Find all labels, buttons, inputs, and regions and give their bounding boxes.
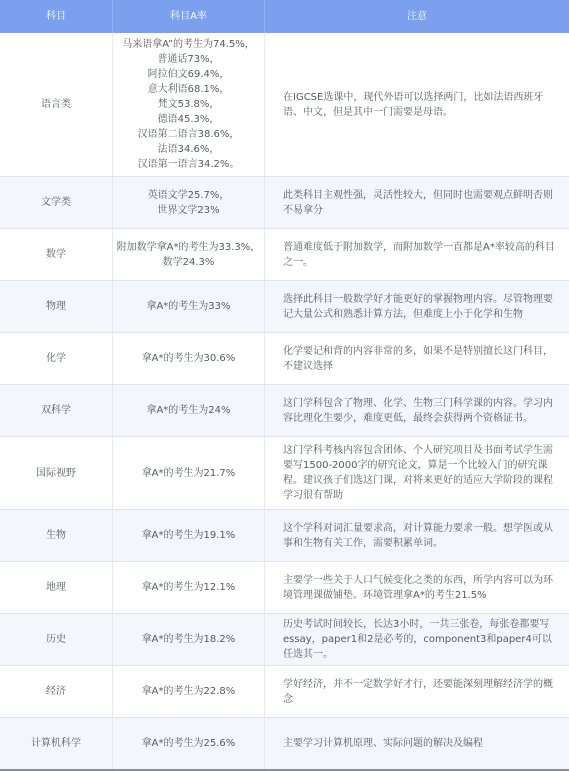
cell-subject: 生物 [0, 510, 113, 561]
header-notes: 注意 [265, 0, 569, 33]
cell-rate: 附加数学拿A*的考生为33.3%， 数学24.3% [113, 229, 265, 280]
header-subject: 科目 [0, 0, 113, 33]
cell-rate: 拿A*的考生为12.1% [113, 562, 265, 613]
table-row: 双科学 拿A*的考生为24% 这门学科包含了物理、化学、生物三门科学课的内容。学… [0, 385, 569, 437]
table-row: 国际视野 拿A*的考生为21.7% 这门学科考核内容包含团体、个人研究项目及书面… [0, 437, 569, 510]
cell-subject: 经济 [0, 666, 113, 717]
table-header: 科目 科目A率 注意 [0, 0, 569, 33]
subject-table: 科目 科目A率 注意 语言类 马来语拿A”的考生为74.5%， 普通话73%， … [0, 0, 569, 771]
table-row: 物理 拿A*的考生为33% 选择此科目一般数学好才能更好的掌握物理内容。尽管物理… [0, 281, 569, 333]
cell-subject: 化学 [0, 333, 113, 384]
table-row: 生物 拿A*的考生为19.1% 这个学科对词汇量要求高，对计算能力要求一般。想学… [0, 510, 569, 562]
table-row: 历史 拿A*的考生为18.2% 历史考试时间较长，长达3小时，一共三张卷，每张卷… [0, 614, 569, 666]
cell-notes: 选择此科目一般数学好才能更好的掌握物理内容。尽管物理要记大量公式和熟悉计算方法，… [265, 281, 569, 332]
table-row: 数学 附加数学拿A*的考生为33.3%， 数学24.3% 普通难度低于附加数学，… [0, 229, 569, 281]
cell-notes: 主要学一些关于人口气候变化之类的东西，所学内容可以为环境管理课做铺垫。环境管理拿… [265, 562, 569, 613]
cell-rate: 拿A*的考生为30.6% [113, 333, 265, 384]
header-rate: 科目A率 [113, 0, 265, 33]
cell-notes: 化学要记和背的内容非常的多，如果不是特别擅长这门科目，不建议选择 [265, 333, 569, 384]
cell-rate: 拿A*的考生为19.1% [113, 510, 265, 561]
cell-subject: 语言类 [0, 33, 113, 176]
cell-notes: 学好经济，并不一定数学好才行，还要能深刻理解经济学的概念 [265, 666, 569, 717]
table-row: 计算机科学 拿A*的考生为25.6% 主要学习计算机原理、实际问题的解决及编程 [0, 718, 569, 769]
cell-subject: 双科学 [0, 385, 113, 436]
cell-notes: 在IGCSE选课中，现代外语可以选择两门，比如法语西班牙语、中文，但是其中一门需… [265, 33, 569, 176]
cell-subject: 文学类 [0, 177, 113, 228]
cell-subject: 计算机科学 [0, 718, 113, 769]
cell-rate: 马来语拿A”的考生为74.5%， 普通话73%， 阿拉伯文69.4%， 意大利语… [113, 33, 265, 176]
cell-notes: 这门学科包含了物理、化学、生物三门科学课的内容。学习内容比理化生要少，难度更低，… [265, 385, 569, 436]
table-row: 地理 拿A*的考生为12.1% 主要学一些关于人口气候变化之类的东西，所学内容可… [0, 562, 569, 614]
cell-notes: 这个学科对词汇量要求高，对计算能力要求一般。想学医或从事和生物有关工作，需要积累… [265, 510, 569, 561]
cell-subject: 国际视野 [0, 437, 113, 509]
cell-notes: 此类科目主观性强，灵活性较大，但同时也需要观点鲜明否则不易拿分 [265, 177, 569, 228]
cell-rate: 拿A*的考生为22.8% [113, 666, 265, 717]
cell-notes: 普通难度低于附加数学，而附加数学一直都是A*率较高的科目之一。 [265, 229, 569, 280]
cell-rate: 拿A*的考生为33% [113, 281, 265, 332]
cell-rate: 拿A*的考生为18.2% [113, 614, 265, 665]
cell-subject: 数学 [0, 229, 113, 280]
cell-notes: 这门学科考核内容包含团体、个人研究项目及书面考试学生需要写1500-2000字的… [265, 437, 569, 509]
table-row: 语言类 马来语拿A”的考生为74.5%， 普通话73%， 阿拉伯文69.4%， … [0, 33, 569, 177]
cell-rate: 拿A*的考生为21.7% [113, 437, 265, 509]
cell-rate: 拿A*的考生为25.6% [113, 718, 265, 769]
cell-subject: 地理 [0, 562, 113, 613]
table-row: 化学 拿A*的考生为30.6% 化学要记和背的内容非常的多，如果不是特别擅长这门… [0, 333, 569, 385]
cell-notes: 主要学习计算机原理、实际问题的解决及编程 [265, 718, 569, 769]
table-row: 文学类 英语文学25.7%， 世界文学23% 此类科目主观性强，灵活性较大，但同… [0, 177, 569, 229]
cell-rate: 英语文学25.7%， 世界文学23% [113, 177, 265, 228]
cell-subject: 物理 [0, 281, 113, 332]
table-row: 经济 拿A*的考生为22.8% 学好经济，并不一定数学好才行，还要能深刻理解经济… [0, 666, 569, 718]
cell-rate: 拿A*的考生为24% [113, 385, 265, 436]
cell-notes: 历史考试时间较长，长达3小时，一共三张卷，每张卷都要写essay，paper1和… [265, 614, 569, 665]
cell-subject: 历史 [0, 614, 113, 665]
